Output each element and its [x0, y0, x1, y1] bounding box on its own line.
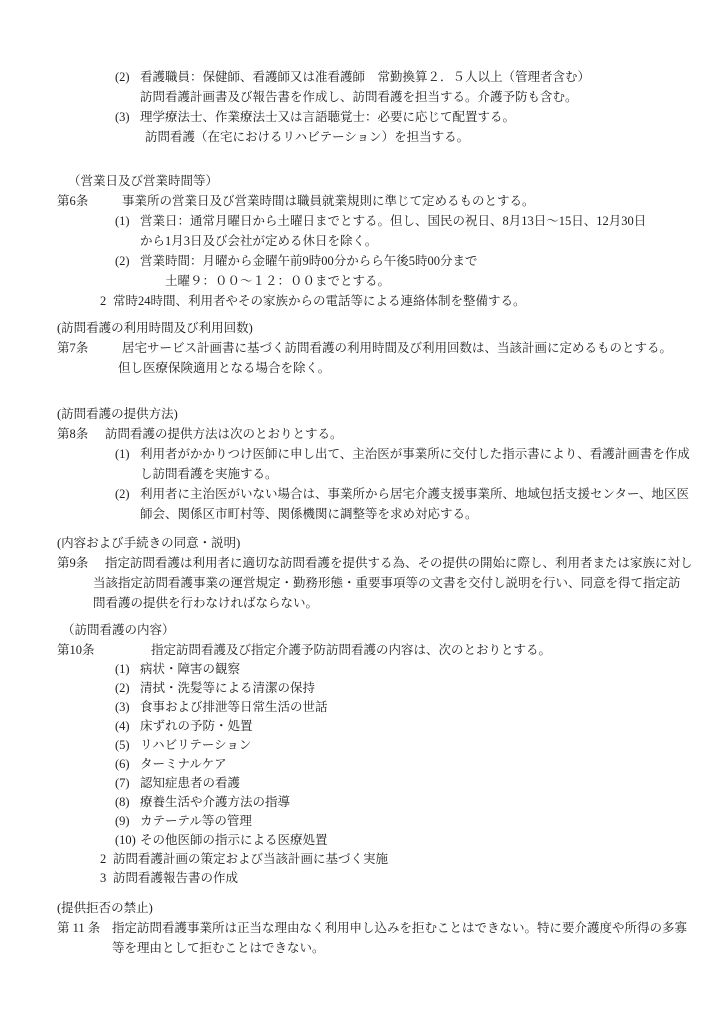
article-number: 第6条 — [57, 191, 122, 211]
continuation-line: 訪問看護計画書及び報告書を作成し、訪問看護を担当する。介護予防も含む。 — [140, 87, 714, 107]
list-item-text: ターミナルケア — [140, 755, 227, 774]
article-number: 第8条 — [57, 424, 105, 444]
article-body: 指定訪問看護及び指定介護予防訪問看護の内容は、次のとおりとする。 — [151, 640, 551, 660]
staffing-item-therapists: (3) 理学療法士、作業療法士又は言語聴覚士：必要に応じて配置する。 — [57, 107, 714, 127]
article10-item: (8) 療養生活や介護方法の指導 — [57, 793, 714, 812]
article11-first-line: 第 11 条 指定訪問看護事業所は正当な理由なく利用申し込みを拒むことはできない… — [57, 918, 714, 938]
list-item-number: (4) — [115, 717, 140, 736]
continuation-line: 土曜９：００～１２：００までとする。 — [165, 271, 714, 291]
list-item-number: (8) — [115, 793, 140, 812]
article6-first-line: 第6条 事業所の営業日及び営業時間は職員就業規則に準じて定めるものとする。 — [57, 191, 714, 211]
article10-item: (5) リハビリテーション — [57, 736, 714, 755]
continuation-line: し訪問看護を実施する。 — [140, 464, 714, 484]
paragraph-number: 2 — [100, 850, 113, 869]
article10-item: (4) 床ずれの予防・処置 — [57, 717, 714, 736]
list-item-number: (7) — [115, 774, 140, 793]
list-item-text: 営業時間：月曜から金曜午前9時00分からら午後5時00分まで — [140, 251, 478, 271]
article7-heading: (訪問看護の利用時間及び利用回数) — [57, 318, 714, 338]
article10-item: (6) ターミナルケア — [57, 755, 714, 774]
article-body: 指定訪問看護事業所は正当な理由なく利用申し込みを拒むことはできない。特に要介護度… — [112, 918, 687, 938]
list-item-number: (5) — [115, 736, 140, 755]
article6-paragraph-2: 2 常時24時間、利用者やその家族からの電話等による連絡体制を整備する。 — [57, 291, 714, 311]
list-item-text: 営業日：通常月曜日から土曜日までとする。但し、国民の祝日、8月13日～15日、1… — [140, 211, 646, 231]
list-item-text: 看護職員：保健師、看護師又は准看護師 常勤換算２．５人以上（管理者含む） — [140, 67, 590, 87]
article9-heading: (内容および手続きの同意・説明) — [57, 533, 714, 553]
article10-paragraph-2: 2 訪問看護計画の策定および当該計画に基づく実施 — [57, 850, 714, 869]
paragraph-text: 訪問看護計画の策定および当該計画に基づく実施 — [113, 850, 388, 869]
list-item-text: 理学療法士、作業療法士又は言語聴覚士：必要に応じて配置する。 — [140, 107, 515, 127]
list-item-text: 床ずれの予防・処置 — [140, 717, 253, 736]
list-item-text: 認知症患者の看護 — [140, 774, 240, 793]
article8-item-2: (2) 利用者に主治医がいない場合は、事業所から居宅介護支援事業所、地域包括支援… — [57, 484, 714, 504]
staffing-item-nurses: (2) 看護職員：保健師、看護師又は准看護師 常勤換算２．５人以上（管理者含む） — [57, 67, 714, 87]
list-item-text: カテーテル等の管理 — [140, 812, 252, 831]
article10-item: (2) 清拭・洗髪等による清潔の保持 — [57, 679, 714, 698]
list-item-number: (3) — [115, 698, 140, 717]
paragraph-number: 2 — [100, 291, 113, 311]
list-item-number: (6) — [115, 755, 140, 774]
continuation-line: 訪問看護（在宅におけるリハビテーション）を担当する。 — [145, 127, 714, 147]
list-item-number: (2) — [115, 679, 140, 698]
list-item-number: (2) — [115, 67, 140, 87]
article-body: 居宅サービス計画書に基づく訪問看護の利用時間及び利用回数は、当該計画に定めるもの… — [122, 338, 672, 358]
list-item-number: (2) — [115, 484, 140, 504]
list-item-number: (1) — [115, 660, 140, 679]
list-item-number: (3) — [115, 107, 140, 127]
article-number: 第9条 — [57, 553, 105, 573]
article6-heading: （営業日及び営業時間等） — [68, 171, 714, 191]
article8-first-line: 第8条 訪問看護の提供方法は次のとおりとする。 — [57, 424, 714, 444]
list-item-number: (2) — [115, 251, 140, 271]
list-item-text: 療養生活や介護方法の指導 — [140, 793, 290, 812]
article-body: 訪問看護の提供方法は次のとおりとする。 — [105, 424, 343, 444]
list-item-number: (1) — [115, 444, 140, 464]
article8-heading: (訪問看護の提供方法) — [57, 404, 714, 424]
article10-item: (1) 病状・障害の観察 — [57, 660, 714, 679]
paragraph-number: 3 — [100, 869, 113, 888]
paragraph-text: 常時24時間、利用者やその家族からの電話等による連絡体制を整備する。 — [113, 291, 526, 311]
article10-item: (3) 食事および排泄等日常生活の世話 — [57, 698, 714, 717]
article10-item: (10) その他医師の指示による医療処置 — [57, 831, 714, 850]
continuation-line: 但し医療保険適用となる場合を除く。 — [118, 358, 714, 378]
article6-item-2: (2) 営業時間：月曜から金曜午前9時00分からら午後5時00分まで — [57, 251, 714, 271]
list-item-number: (9) — [115, 812, 140, 831]
article-number: 第7条 — [57, 338, 122, 358]
document-page: (2) 看護職員：保健師、看護師又は准看護師 常勤換算２．５人以上（管理者含む）… — [0, 0, 724, 1024]
article7-first-line: 第7条 居宅サービス計画書に基づく訪問看護の利用時間及び利用回数は、当該計画に定… — [57, 338, 714, 358]
paragraph-text: 訪問看護報告書の作成 — [113, 869, 238, 888]
article10-first-line: 第10条 指定訪問看護及び指定介護予防訪問看護の内容は、次のとおりとする。 — [57, 640, 714, 660]
continuation-line: 等を理由として拒むことはできない。 — [112, 938, 714, 958]
continuation-line: 当該指定訪問看護事業の運営規定・勤務形態・重要事項等の文書を交付し説明を行い、同… — [93, 573, 714, 593]
list-item-text: 病状・障害の観察 — [140, 660, 240, 679]
article-body: 指定訪問看護は利用者に適切な訪問看護を提供する為、その提供の開始に際し、利用者ま… — [105, 553, 693, 573]
list-item-text: その他医師の指示による医療処置 — [140, 831, 328, 850]
list-item-text: リハビリテーション — [140, 736, 251, 755]
article-body: 事業所の営業日及び営業時間は職員就業規則に準じて定めるものとする。 — [122, 191, 535, 211]
list-item-number: (10) — [115, 831, 140, 850]
list-item-text: 食事および排泄等日常生活の世話 — [140, 698, 328, 717]
article10-heading: （訪問看護の内容） — [62, 620, 714, 640]
article-number: 第10条 — [57, 640, 151, 660]
article11-heading: (提供拒否の禁止) — [57, 898, 714, 918]
list-item-text: 利用者がかかりつけ医師に申し出て、主治医が事業所に交付した指示書により、看護計画… — [140, 444, 690, 464]
article6-item-1: (1) 営業日：通常月曜日から土曜日までとする。但し、国民の祝日、8月13日～1… — [57, 211, 714, 231]
article10-item: (7) 認知症患者の看護 — [57, 774, 714, 793]
list-item-number: (1) — [115, 211, 140, 231]
list-item-text: 利用者に主治医がいない場合は、事業所から居宅介護支援事業所、地域包括支援センター… — [140, 484, 689, 504]
article9-first-line: 第9条 指定訪問看護は利用者に適切な訪問看護を提供する為、その提供の開始に際し、… — [57, 553, 714, 573]
article10-paragraph-3: 3 訪問看護報告書の作成 — [57, 869, 714, 888]
continuation-line: から1月3日及び会社が定める休日を除く。 — [140, 231, 714, 251]
article-number: 第 11 条 — [57, 918, 112, 938]
continuation-line: 問看護の提供を行わなければならない。 — [93, 593, 714, 613]
continuation-line: 師会、関係区市町村等、関係機関に調整等を求め対応する。 — [140, 504, 714, 524]
article8-item-1: (1) 利用者がかかりつけ医師に申し出て、主治医が事業所に交付した指示書により、… — [57, 444, 714, 464]
article10-item: (9) カテーテル等の管理 — [57, 812, 714, 831]
list-item-text: 清拭・洗髪等による清潔の保持 — [140, 679, 315, 698]
